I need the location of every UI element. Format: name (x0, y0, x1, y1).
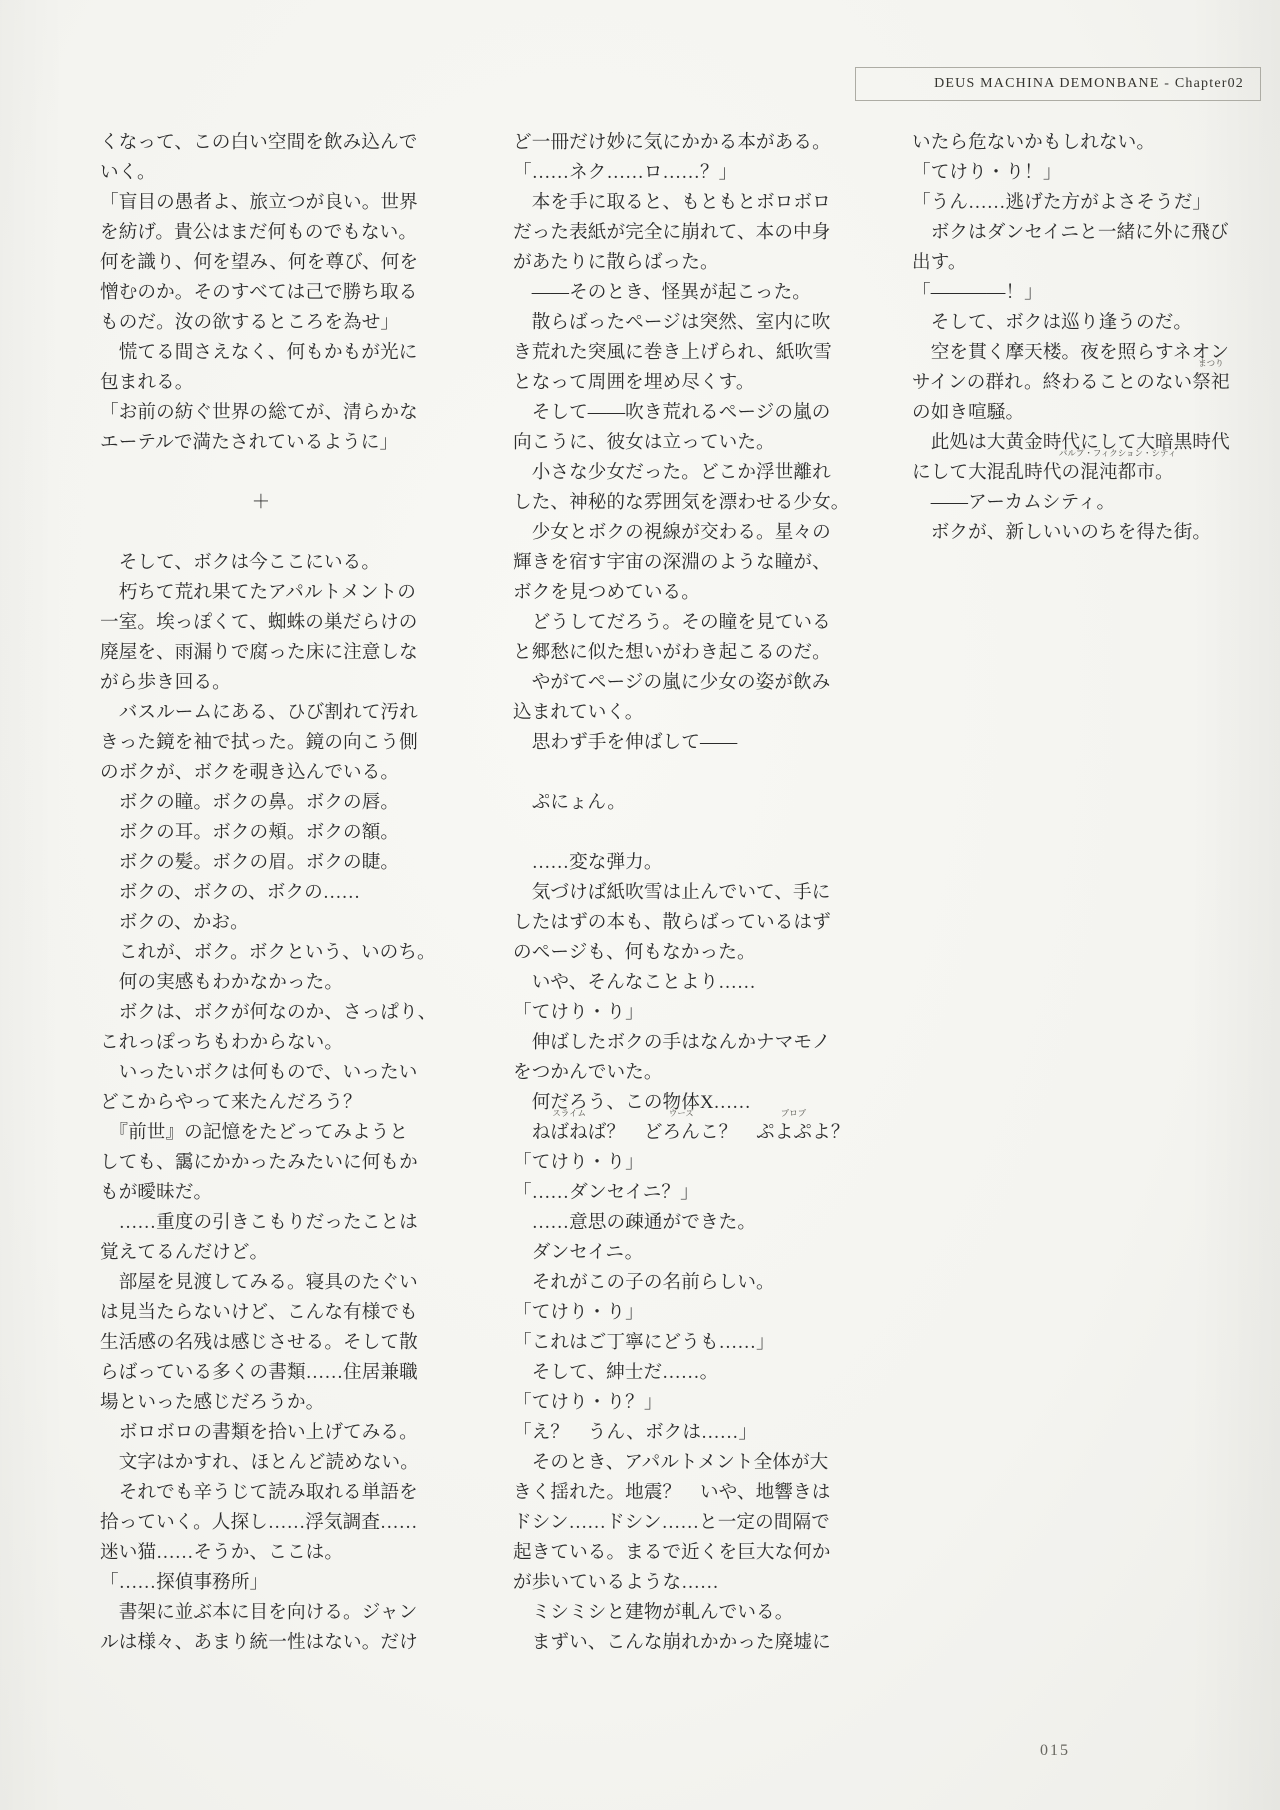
text-line: 慌てる間さえなく、何もかもが光に (100, 338, 422, 368)
text-line: ドシン……ドシン……と一定の間隔で (513, 1508, 835, 1538)
text-line: そして——吹き荒れるページの嵐の (513, 398, 835, 428)
text-line: いや、そんなことより…… (513, 968, 835, 998)
text-line: 少女とボクの視線が交わる。星々の (513, 518, 835, 548)
text-line: しても、靄にかかったみたいに何もか (100, 1148, 422, 1178)
text-line: 廃屋を、雨漏りで腐った床に注意しな (100, 638, 422, 668)
text-line: ど一冊だけ妙に気にかかる本がある。 (513, 128, 835, 158)
text-line: 迷い猫……そうか、ここは。 (100, 1538, 422, 1568)
text-line: そして、紳士だ……。 (513, 1358, 835, 1388)
text-line: 思わず手を伸ばして—— (513, 728, 835, 758)
text-line: があたりに散らばった。 (513, 248, 835, 278)
text-line: くなって、この白い空間を飲み込んで (100, 128, 422, 158)
text-line: 「てけり・り」 (513, 1298, 835, 1328)
text-line (100, 458, 422, 488)
text-line: 一室。埃っぽくて、蜘蛛の巣だらけの (100, 608, 422, 638)
text-line: と郷愁に似た想いがわき起こるのだ。 (513, 638, 835, 668)
text-line: 文字はかすれ、ほとんど読めない。 (100, 1448, 422, 1478)
text-line: いたら危ないかもしれない。 (912, 128, 1234, 158)
text-line: 起きている。まるで近くを巨大な何か (513, 1538, 835, 1568)
text-line: いったいボクは何もので、いったい (100, 1058, 422, 1088)
text-line: 包まれる。 (100, 368, 422, 398)
text-line: を紡げ。貴公はまだ何ものでもない。 (100, 218, 422, 248)
text-line: 「……ネク……ロ……？」 (513, 158, 835, 188)
text-line: 生活感の名残は感じさせる。そして散 (100, 1328, 422, 1358)
text-line: は見当たらないけど、こんな有様でも (100, 1298, 422, 1328)
furigana-label: まつり (1198, 359, 1224, 368)
text-line: ——そのとき、怪異が起こった。 (513, 278, 835, 308)
text-line: 「……探偵事務所」 (100, 1568, 422, 1598)
text-line: ボクの瞳。ボクの鼻。ボクの唇。 (100, 788, 422, 818)
page-number: 015 (1040, 1742, 1070, 1760)
text-line: 憎むのか。そのすべては己で勝ち取る (100, 278, 422, 308)
text-column-middle: ど一冊だけ妙に気にかかる本がある。「……ネク……ロ……？」 本を手に取ると、もと… (513, 128, 835, 1658)
text-line: 「————！」 (912, 278, 1234, 308)
furigana-label: パルプ・フィクション・シティ (1059, 449, 1176, 458)
text-line: 「……ダンセイニ？」 (513, 1178, 835, 1208)
text-line: ……変な弾力。 (513, 848, 835, 878)
text-line: 『前世』の記憶をたどってみようと (100, 1118, 422, 1148)
text-line: それがこの子の名前らしい。 (513, 1268, 835, 1298)
text-line: どこからやって来たんだろう？ (100, 1088, 422, 1118)
text-line: きく揺れた。地震？ いや、地響きは (513, 1478, 835, 1508)
text-line: 「てけり・り」 (513, 1148, 835, 1178)
text-line: したはずの本も、散らばっているはず (513, 908, 835, 938)
text-line: 本を手に取ると、もともとボロボロ (513, 188, 835, 218)
chapter-header-box: DEUS MACHINA DEMONBANE - Chapter02 (855, 67, 1261, 101)
text-line: 覚えてるんだけど。 (100, 1238, 422, 1268)
text-line: 「うん……逃げた方がよさそうだ」 (912, 188, 1234, 218)
text-line: がら歩き回る。 (100, 668, 422, 698)
text-line: 場といった感じだろうか。 (100, 1388, 422, 1418)
text-line: らばっている多くの書類……住居兼職 (100, 1358, 422, 1388)
text-line: ボロボロの書類を拾い上げてみる。 (100, 1418, 422, 1448)
text-line (100, 518, 422, 548)
text-line: 「お前の紡ぐ世界の総てが、清らかな (100, 398, 422, 428)
text-line: ボクはダンセイニと一緒に外に飛び (912, 218, 1234, 248)
text-line: した、神秘的な雰囲気を漂わせる少女。 (513, 488, 835, 518)
text-column-left: くなって、この白い空間を飲み込んでいく。「盲目の愚者よ、旅立つが良い。世界を紡げ… (100, 128, 422, 1658)
text-line: 「これはご丁寧にどうも……」 (513, 1328, 835, 1358)
text-line: どうしてだろう。その瞳を見ている (513, 608, 835, 638)
text-line: 「え？ うん、ボクは……」 (513, 1418, 835, 1448)
text-line: ——アーカムシティ。 (912, 488, 1234, 518)
text-line: もが曖昧だ。 (100, 1178, 422, 1208)
text-line: バスルームにある、ひび割れて汚れ (100, 698, 422, 728)
chapter-header-label: DEUS MACHINA DEMONBANE - Chapter02 (934, 76, 1244, 92)
text-line: ボクの髪。ボクの眉。ボクの睫。 (100, 848, 422, 878)
text-line: のページも、何もなかった。 (513, 938, 835, 968)
text-line: 拾っていく。人探し……浮気調査…… (100, 1508, 422, 1538)
text-line: 輝きを宿す宇宙の深淵のような瞳が、 (513, 548, 835, 578)
text-line: 散らばったページは突然、室内に吹 (513, 308, 835, 338)
text-line: が歩いているような…… (513, 1568, 835, 1598)
text-line: いく。 (100, 158, 422, 188)
text-line: 向こうに、彼女は立っていた。 (513, 428, 835, 458)
text-line: ……意思の疎通ができた。 (513, 1208, 835, 1238)
text-line: の如き喧騒。 (912, 398, 1234, 428)
text-line: だった表紙が完全に崩れて、本の中身 (513, 218, 835, 248)
text-line: 「てけり・り！」 (912, 158, 1234, 188)
text-line: ねばねばスライム？ どろんこウーズ？ ぷよぷよブロブ？ (513, 1118, 835, 1148)
furigana-label: スライム (552, 1109, 586, 1118)
text-line: ボクを見つめている。 (513, 578, 835, 608)
text-line: きった鏡を袖で拭った。鏡の向こう側 (100, 728, 422, 758)
book-page: DEUS MACHINA DEMONBANE - Chapter02 くなって、… (0, 0, 1280, 1810)
text-line: ミシミシと建物が軋んでいる。 (513, 1598, 835, 1628)
ruby-annotated-text: 混沌都市パルプ・フィクション・シティ (1080, 458, 1155, 488)
text-line: これが、ボク。ボクという、いのち。 (100, 938, 422, 968)
furigana-label: ブロブ (781, 1109, 807, 1118)
text-line: ものだ。汝の欲するところを為せ」 (100, 308, 422, 338)
text-line: やがてページの嵐に少女の姿が飲み (513, 668, 835, 698)
text-line: サインの群れ。終わることのない祭祀まつり (912, 368, 1234, 398)
ruby-annotated-text: ぷよぷよブロブ (756, 1118, 831, 1148)
text-line: これっぽっちもわからない。 (100, 1028, 422, 1058)
ruby-annotated-text: 祭祀まつり (1192, 368, 1229, 398)
text-line: ダンセイニ。 (513, 1238, 835, 1268)
text-line: そして、ボクは巡り逢うのだ。 (912, 308, 1234, 338)
text-line: 「盲目の愚者よ、旅立つが良い。世界 (100, 188, 422, 218)
text-line: そして、ボクは今ここにいる。 (100, 548, 422, 578)
text-line: 「てけり・り？」 (513, 1388, 835, 1418)
text-line: をつかんでいた。 (513, 1058, 835, 1088)
text-line (513, 818, 835, 848)
text-line: き荒れた突風に巻き上げられ、紙吹雪 (513, 338, 835, 368)
text-line: ボクの、ボクの、ボクの…… (100, 878, 422, 908)
text-line: 部屋を見渡してみる。寝具のたぐい (100, 1268, 422, 1298)
text-line: エーテルで満たされているように」 (100, 428, 422, 458)
text-line: ボクの、かお。 (100, 908, 422, 938)
text-line: 出す。 (912, 248, 1234, 278)
text-column-right: いたら危ないかもしれない。「てけり・り！」「うん……逃げた方がよさそうだ」 ボク… (912, 128, 1234, 548)
text-line: ボクは、ボクが何なのか、さっぱり、 (100, 998, 422, 1028)
text-line: 書架に並ぶ本に目を向ける。ジャン (100, 1598, 422, 1628)
text-line: となって周囲を埋め尽くす。 (513, 368, 835, 398)
text-line: 伸ばしたボクの手はなんかナマモノ (513, 1028, 835, 1058)
text-line: 空を貫く摩天楼。夜を照らすネオン (912, 338, 1234, 368)
text-line: のボクが、ボクを覗き込んでいる。 (100, 758, 422, 788)
text-line: 込まれていく。 (513, 698, 835, 728)
text-line: 何を識り、何を望み、何を尊び、何を (100, 248, 422, 278)
text-line: にして大混乱時代の混沌都市パルプ・フィクション・シティ。 (912, 458, 1234, 488)
furigana-label: ウーズ (669, 1109, 694, 1118)
ruby-annotated-text: ねばねばスライム (532, 1118, 607, 1148)
text-line: まずい、こんな崩れかかった廃墟に (513, 1628, 835, 1658)
text-line: それでも辛うじて読み取れる単語を (100, 1478, 422, 1508)
section-divider: ＋ (100, 488, 422, 518)
text-line: 小さな少女だった。どこか浮世離れ (513, 458, 835, 488)
text-line: ボクの耳。ボクの頬。ボクの額。 (100, 818, 422, 848)
text-line: そのとき、アパルトメント全体が大 (513, 1448, 835, 1478)
text-line: 「てけり・り」 (513, 998, 835, 1028)
text-line: ボクが、新しいいのちを得た街。 (912, 518, 1234, 548)
text-line: 何の実感もわかなかった。 (100, 968, 422, 998)
text-line: 気づけば紙吹雪は止んでいて、手に (513, 878, 835, 908)
text-line: ルは様々、あまり統一性はない。だけ (100, 1628, 422, 1658)
text-line: 朽ちて荒れ果てたアパルトメントの (100, 578, 422, 608)
text-line (513, 758, 835, 788)
text-line: ぷにょん。 (513, 788, 835, 818)
text-line: ……重度の引きこもりだったことは (100, 1208, 422, 1238)
ruby-annotated-text: どろんこウーズ (644, 1118, 719, 1148)
